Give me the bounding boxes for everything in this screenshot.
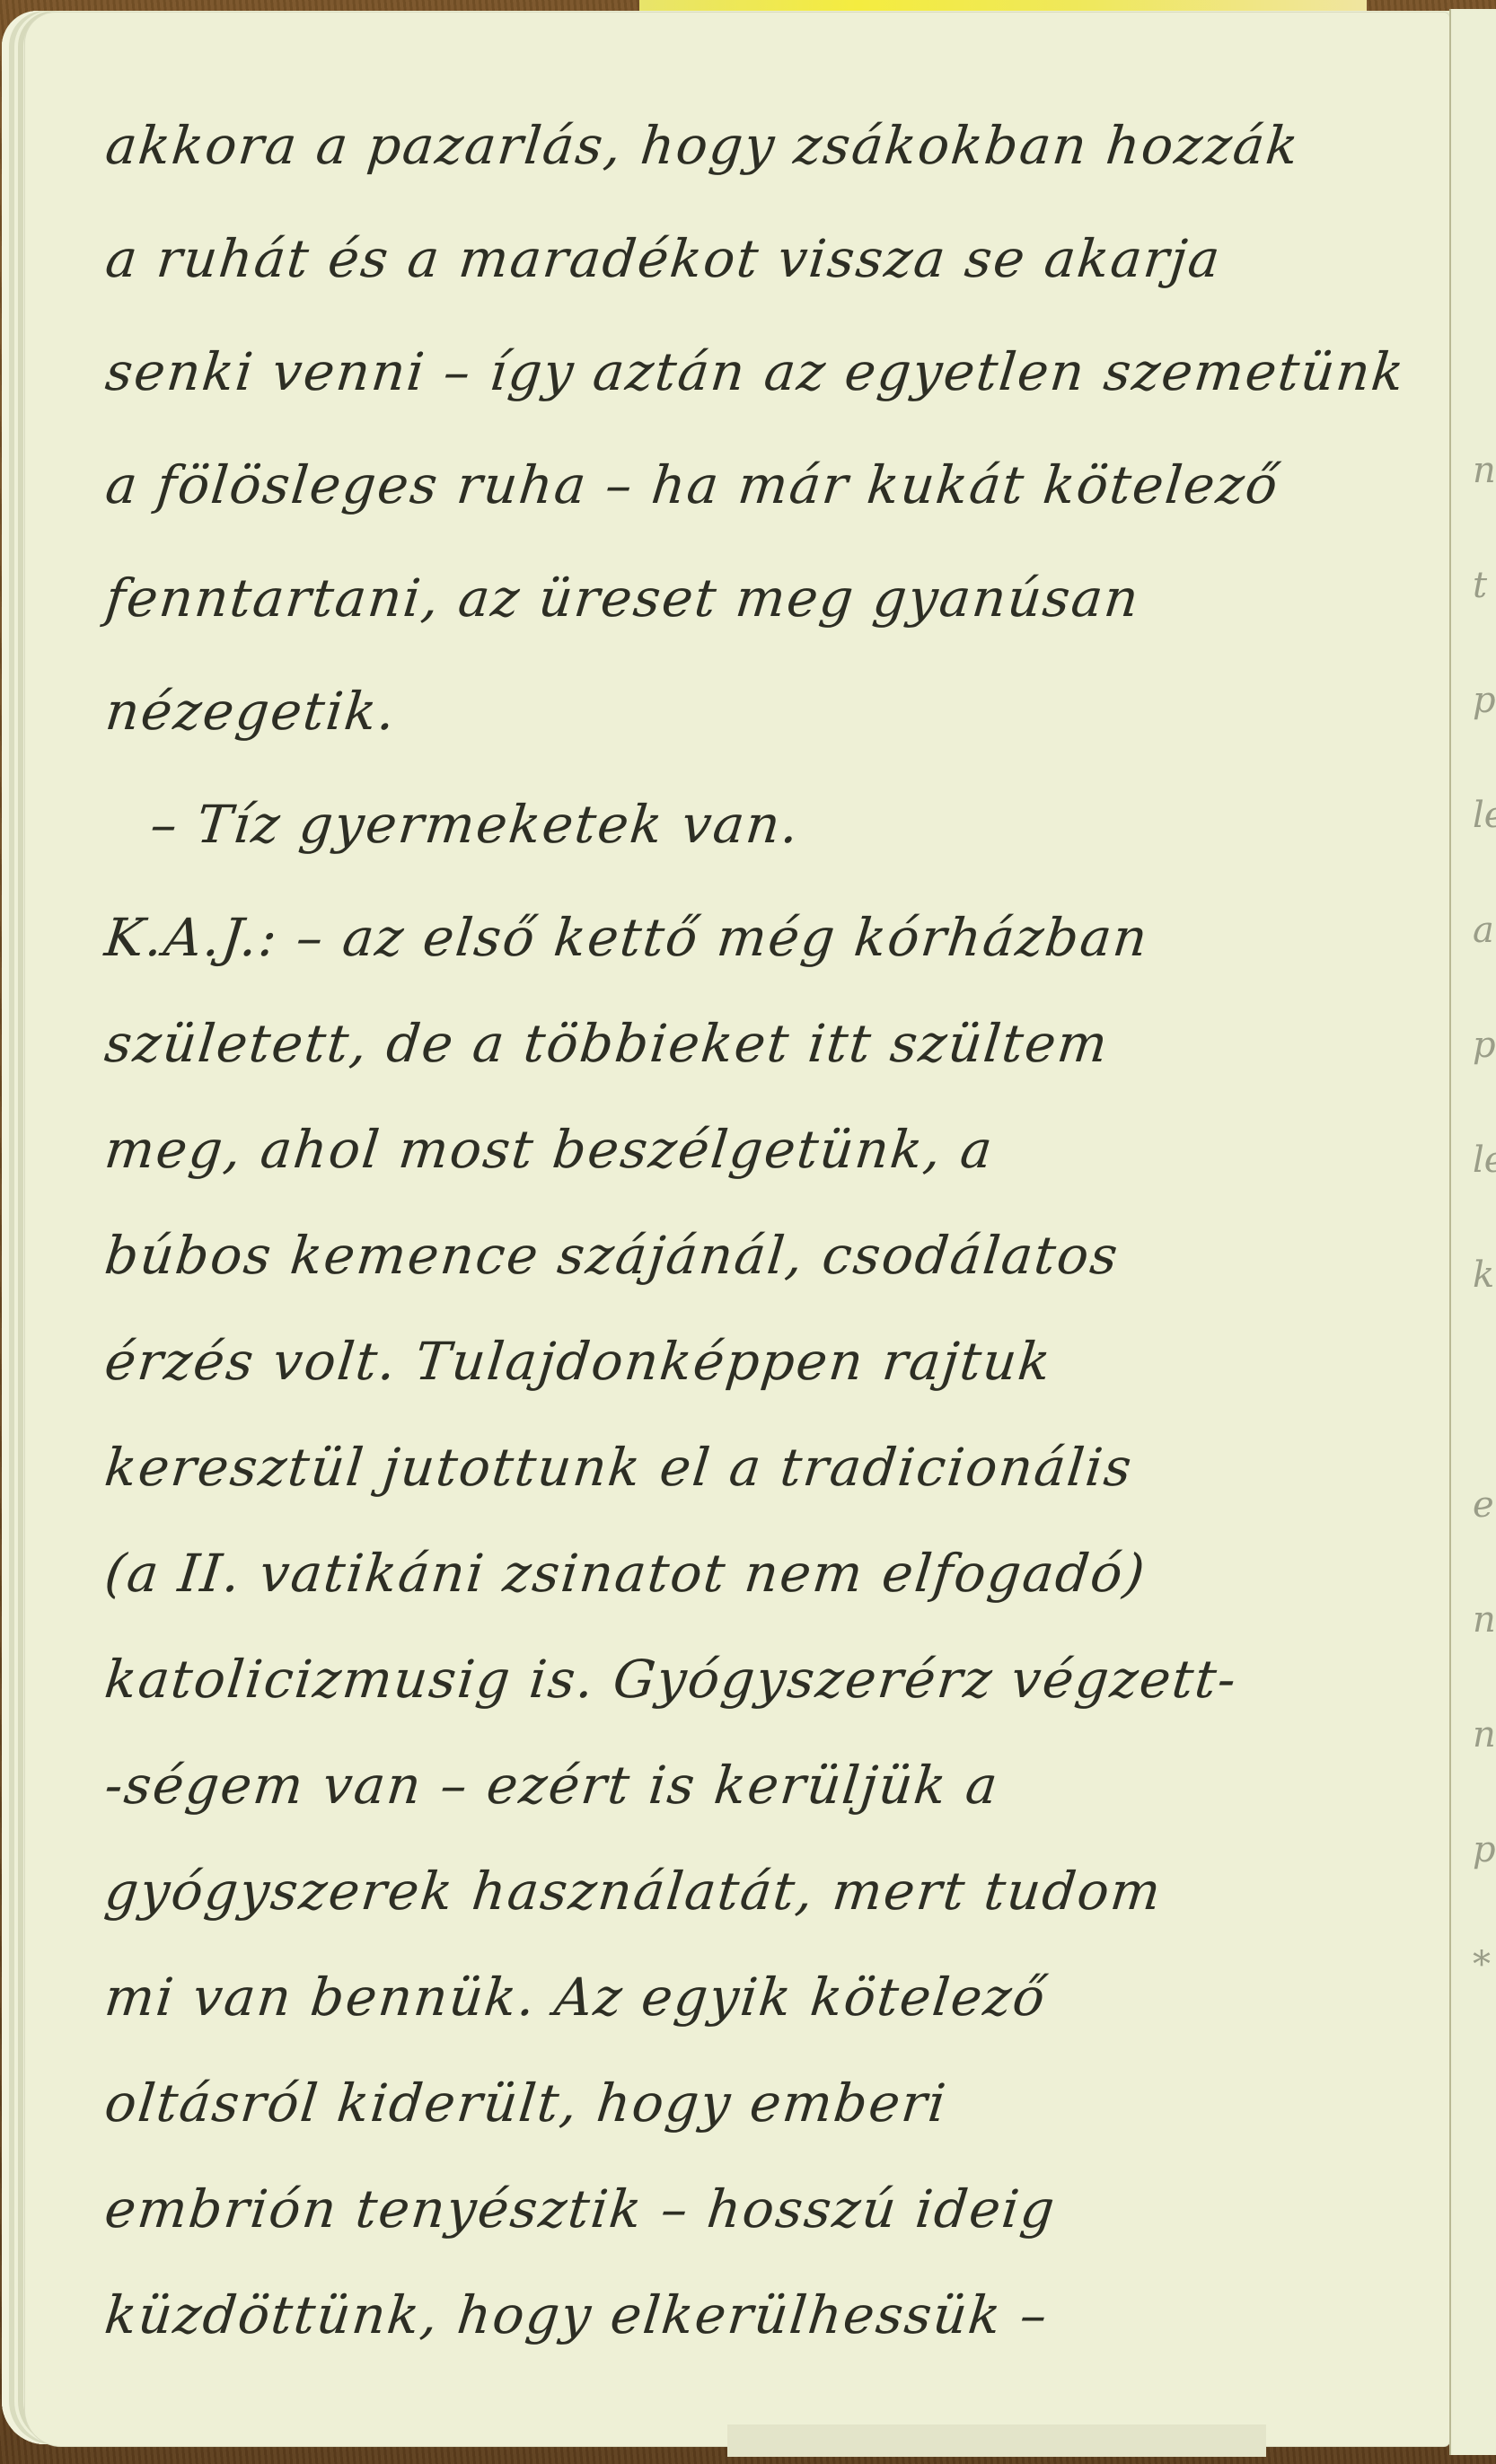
text-line: gyógyszerek használatát, mert tudom bbox=[99, 1846, 1430, 1952]
text-line: – Tíz gyermeketek van. bbox=[99, 779, 1430, 893]
bottom-page-tab bbox=[727, 2424, 1266, 2457]
text-line: keresztül jutottunk el a tradicionális bbox=[99, 1422, 1430, 1528]
text-line: a ruhát és a maradékot vissza se akarja bbox=[99, 214, 1430, 327]
text-line: mi van bennük. Az egyik kötelező bbox=[99, 1952, 1430, 2058]
text-line: érzés volt. Tulajdonképpen rajtuk bbox=[99, 1316, 1430, 1422]
text-line: meg, ahol most beszélgetünk, a bbox=[99, 1104, 1430, 1210]
handwritten-text: akkora a pazarlás, hogy zsákokban hozzák… bbox=[99, 101, 1419, 2376]
text-line: katolicizmusig is. Gyógyszerérz végzett- bbox=[99, 1634, 1430, 1740]
text-line: akkora a pazarlás, hogy zsákokban hozzák bbox=[99, 101, 1430, 214]
adjacent-page-text: n t p le a p le k e n n p * bbox=[1473, 0, 1496, 2464]
text-line: búbos kemence szájánál, csodálatos bbox=[99, 1210, 1430, 1316]
text-line: nézegetik. bbox=[99, 666, 1430, 779]
text-line: a fölösleges ruha – ha már kukát kötelez… bbox=[99, 440, 1430, 553]
text-line: K.A.J.: – az első kettő még kórházban bbox=[99, 893, 1430, 999]
text-line: senki venni – így aztán az egyetlen szem… bbox=[99, 327, 1430, 440]
text-line: oltásról kiderült, hogy emberi bbox=[99, 2058, 1430, 2164]
text-line: (a II. vatikáni zsinatot nem elfogadó) bbox=[99, 1528, 1430, 1634]
notebook: n t p le a p le k e n n p * akkora a paz… bbox=[0, 0, 1496, 2464]
text-line: született, de a többieket itt szültem bbox=[99, 999, 1430, 1104]
text-line: fenntartani, az üreset meg gyanúsan bbox=[99, 553, 1430, 666]
text-line: embrión tenyésztik – hosszú ideig bbox=[99, 2164, 1430, 2270]
text-line: küzdöttünk, hogy elkerülhessük – bbox=[99, 2270, 1430, 2376]
text-line: -ségem van – ezért is kerüljük a bbox=[99, 1740, 1430, 1846]
